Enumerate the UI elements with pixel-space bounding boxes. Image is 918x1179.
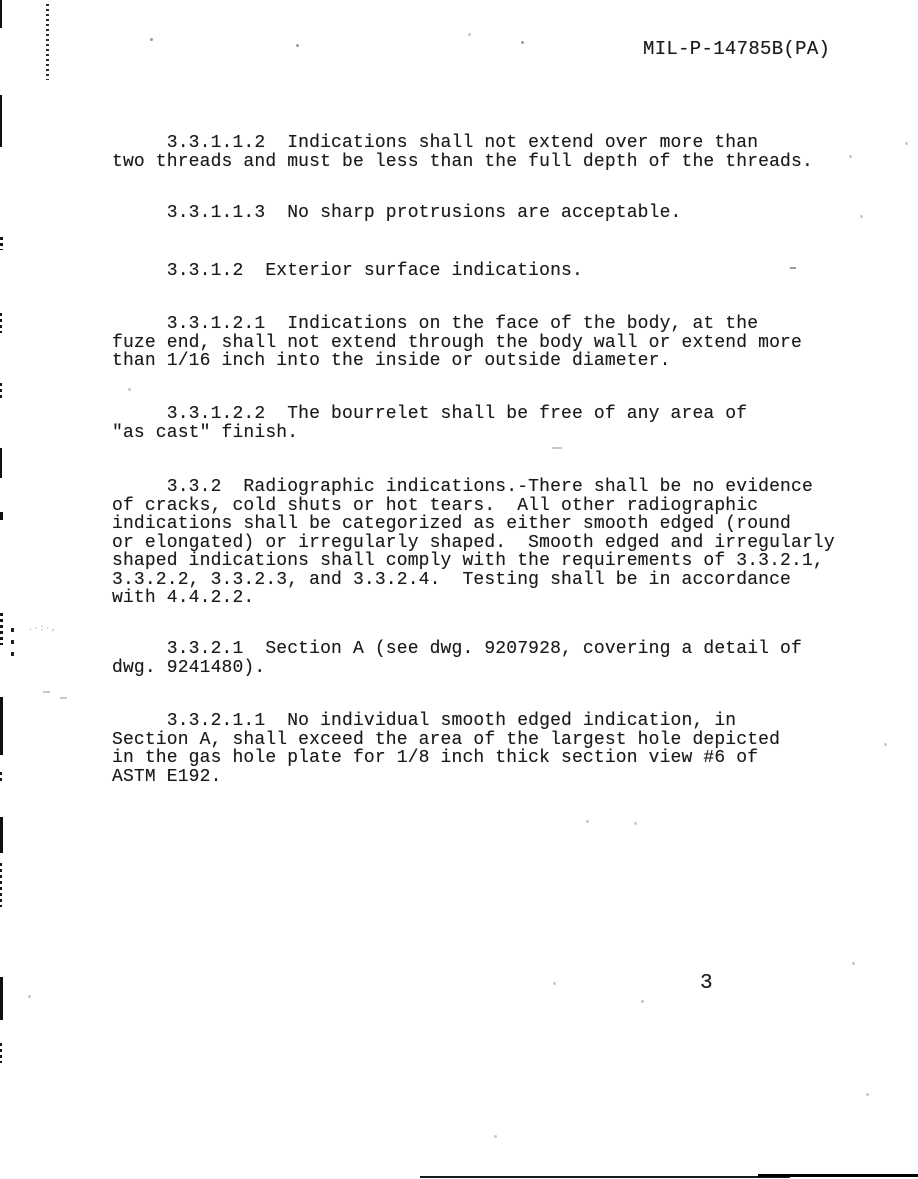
scan-speck [150, 38, 153, 41]
scan-tick [11, 652, 14, 656]
paragraph-3-3-1-2-1: 3.3.1.2.1 Indications on the face of the… [112, 315, 802, 371]
scan-speck [521, 41, 524, 44]
scan-speck [43, 691, 50, 693]
scan-edge-mark [0, 697, 3, 755]
scan-smudge: .·:·, [28, 624, 57, 633]
paragraph-3-3-1-2-2: 3.3.1.2.2 The bourrelet shall be free of… [112, 405, 747, 442]
scan-speck [494, 1135, 497, 1138]
scan-speck [634, 822, 637, 825]
page-number: 3 [700, 973, 713, 995]
scan-speck [468, 33, 471, 36]
paragraph-3-3-1-1-3: 3.3.1.1.3 No sharp protrusions are accep… [112, 204, 682, 223]
scan-speck [905, 142, 908, 145]
scan-tick [11, 640, 14, 644]
scan-speck [860, 215, 863, 218]
scan-tick [11, 628, 14, 632]
document-page: .·:·, MIL-P-14785B(PA) 3.3.1.1.2 Indicat… [0, 0, 918, 1179]
scan-speck [553, 982, 556, 985]
scan-binding-dashes [46, 4, 49, 80]
paragraph-3-3-1-2: 3.3.1.2 Exterior surface indications. [112, 262, 583, 281]
scan-edge-mark [0, 95, 2, 147]
scan-edge-mark [0, 237, 3, 250]
bottom-rule [420, 1176, 790, 1178]
scan-speck [28, 995, 31, 998]
scan-edge-mark [0, 0, 2, 28]
scan-edge-mark [0, 772, 2, 782]
scan-edge-mark [0, 613, 3, 645]
scan-speck [586, 820, 589, 823]
scan-edge-mark [0, 383, 2, 398]
document-id: MIL-P-14785B(PA) [643, 39, 830, 59]
scan-speck [866, 1093, 869, 1096]
scan-speck [852, 962, 855, 965]
scan-speck [552, 447, 562, 449]
scan-edge-mark [0, 512, 3, 520]
scan-speck [849, 155, 852, 158]
paragraph-3-3-2-1-1: 3.3.2.1.1 No individual smooth edged ind… [112, 712, 780, 786]
scan-edge-mark [0, 448, 2, 478]
paragraph-3-3-2: 3.3.2 Radiographic indications.-There sh… [112, 478, 835, 608]
scan-speck [296, 44, 299, 47]
scan-edge-mark [0, 313, 2, 333]
scan-edge-mark [0, 977, 3, 1020]
scan-edge-mark [0, 863, 2, 907]
paragraph-3-3-2-1: 3.3.2.1 Section A (see dwg. 9207928, cov… [112, 640, 802, 677]
paragraph-3-3-1-1-2: 3.3.1.1.2 Indications shall not extend o… [112, 134, 813, 171]
scan-edge-mark [0, 1043, 2, 1063]
scan-speck [60, 697, 67, 699]
scan-speck [641, 1000, 644, 1003]
scan-speck [790, 267, 796, 269]
scan-speck [884, 743, 887, 746]
scan-edge-mark [0, 817, 3, 853]
scan-speck [128, 388, 131, 391]
bottom-rule [758, 1174, 918, 1177]
